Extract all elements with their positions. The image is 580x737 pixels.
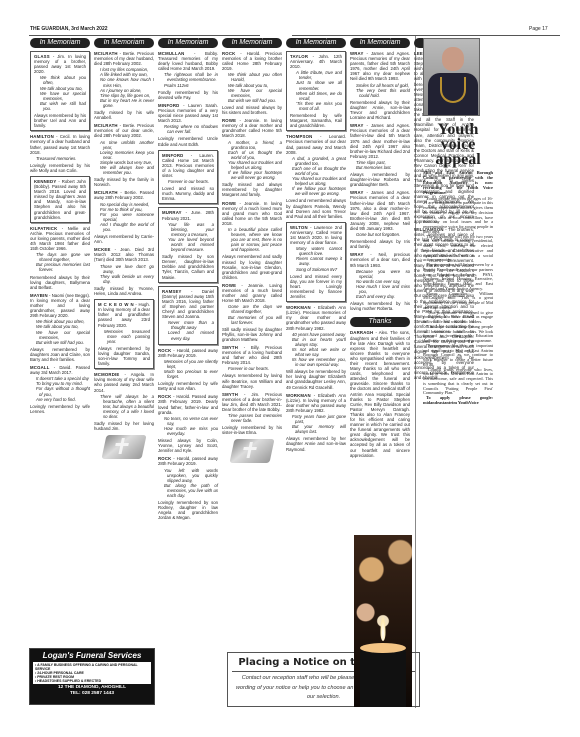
notice-text: James and Agnes. Precious memories of a …: [350, 123, 410, 159]
verse-line: But in my heart He is never gone.: [100, 98, 154, 108]
notice-verse: We think about you often,We talk about y…: [30, 319, 90, 344]
notice: KILPATRICK - Nellie and Archie. Precious…: [30, 226, 90, 290]
notice: GLASS - Jim. In loving memory of a broth…: [30, 51, 90, 131]
notice-verse: A dad, a granded, a great granded too,Ea…: [286, 156, 346, 197]
notice-verse: Smiles for all hearts of gold,The very b…: [350, 83, 410, 98]
section-banner: In Memoriam: [30, 38, 90, 48]
notice-verse: As time unfolds another year,Loving memo…: [94, 140, 154, 176]
youth-voice-apply: To apply please google: midandeastantrim…: [423, 396, 493, 406]
notice-verse: We think about you often,We talk about y…: [34, 75, 86, 111]
verse-line: They walk beside us every day.: [100, 274, 154, 284]
verse-line: Song of Solomon 8v7: [296, 267, 342, 272]
notice: KENNEDY - Robert John (Bobby). Passed aw…: [30, 176, 90, 223]
mayoral-chain: [440, 77, 466, 103]
verse-line: In a beautiful place called heaven, wher…: [228, 227, 282, 252]
logans-ad-bullet: • HEADSTONES SUPPLIED & ERECTED: [35, 679, 149, 683]
notice: WRAY - James and Agnes. Precious memorie…: [350, 190, 410, 249]
verse-line: A mother, a friend, a grandma too,: [228, 140, 282, 150]
verse-line: No special day is needed,: [100, 202, 154, 207]
notice-text: Alex. The sons, daughters and their fami…: [350, 330, 410, 457]
notice-signature: Lovingly remembered by wife Betty and so…: [158, 381, 218, 391]
notice-verse: We think about you often Harold,We talk …: [222, 72, 282, 103]
notice-text: Daniel (Danny) passed away 15th March 20…: [162, 289, 214, 319]
verse-line: But along the path of memories, you live…: [164, 483, 218, 498]
verse-line: When old times, we do recall,: [296, 91, 342, 101]
section-banner: In Memoriam: [286, 38, 346, 48]
verse-line: The righteous shall be in everlasting re…: [164, 72, 218, 82]
notice-verse: Memories of you are silently kept,Much t…: [158, 359, 218, 379]
youth-voice-lead: Mid and East Antrim Borough Council in p…: [423, 171, 493, 196]
verse-line: But wish we still had you.: [228, 98, 282, 103]
verse-line: Are very hard to find.: [36, 397, 90, 402]
youth-voice-paragraph: Young people between the ages of 16-21 a…: [423, 197, 493, 235]
notice: WRAY - James and Agnes. Precious memorie…: [350, 123, 410, 187]
notice-verse: In a beautiful place called heaven, wher…: [222, 227, 282, 252]
notice-verse: The days are gone we shared together,But…: [30, 252, 90, 272]
verse-line: We think about you often Harold,: [228, 72, 282, 82]
youth-voice-paragraph: The programme will run for two years and…: [423, 235, 493, 264]
verse-line: 'Tis then we miss you most of all.: [296, 101, 342, 111]
logans-ad-title: Logan's Funeral Services: [30, 649, 154, 662]
notice-verse: Those we love don't go away,They walk be…: [94, 264, 154, 284]
notice-signature: Loved and missed every day, you are fore…: [290, 274, 342, 299]
notice-signature: Always remembered by daughters Joan and …: [30, 347, 90, 362]
notice-signature: Lovingly remembered by wife Lennes.: [30, 404, 90, 414]
notice-signature: Will always be remembered by her loving …: [286, 369, 346, 389]
notice: ROWE - Jeannie. Loving memories of a muc…: [222, 283, 282, 342]
notice-verse: Forever in our hearts.: [162, 179, 214, 184]
notice: HAMILTON - Cecil. In loving memory of a …: [30, 134, 90, 173]
verse-line: We have our special memories,: [36, 330, 90, 340]
section-banner: In Memoriam: [350, 38, 410, 48]
verse-line: But wish we still had you.: [36, 340, 90, 345]
youth-voice-headline: Youth voice appeal: [423, 122, 493, 167]
verse-line: Each of us thought the world of you,: [228, 150, 282, 160]
verse-line: Your life was a blessing, your memory a …: [168, 222, 214, 237]
verse-line: 40 years have passed away: [292, 332, 346, 337]
verse-line: How much I love and miss you,: [356, 284, 410, 294]
candle-image: [354, 535, 412, 707]
page-header-publication: THE GUARDIAN, 3rd March 2022: [30, 27, 260, 32]
notice-verse: Your life was a blessing, your memory a …: [162, 222, 214, 253]
verse-line: No one knows how much I miss Him,: [100, 77, 154, 87]
notice: MCILRATH - Bertie. Passed away 28th Febr…: [94, 190, 154, 244]
notice: SMYTH - Jim. Precious memories of a dear…: [222, 392, 282, 436]
notice: SMYTH - Billy. Precious memories of a lo…: [222, 345, 282, 389]
notice-verse: No special day is needed,For me to think…: [94, 202, 154, 233]
notice: WORKMAN - Elizabeth Ann (Lizzie). Precio…: [286, 305, 346, 390]
verse-line: A dad, a granded, a great granded too,: [292, 156, 346, 166]
verse-line: Gone are the days we shared together,: [228, 304, 282, 314]
verse-line: A little tribute, true and tender,: [296, 70, 342, 80]
verse-line: But memories last.: [356, 165, 410, 170]
youth-voice-paragraph: "This programme is designed to give youn…: [423, 311, 493, 325]
verse-line: We have our special memories,: [228, 88, 282, 98]
notice-verse: Resting where no shadows can ever fall.: [158, 124, 218, 134]
section-banner: In Memoriam: [222, 38, 282, 48]
header-rule: [29, 35, 260, 36]
column-1: In MemoriamGLASS - Jim. In loving memory…: [30, 38, 90, 417]
notice: ROWE - Jeannie. In loving memory of a mu…: [222, 201, 282, 280]
verse-line: For you were someone special,: [100, 212, 154, 222]
youth-voice-paragraph: Mayor Councillor William McCaughey said:…: [423, 292, 493, 311]
verse-line: You shared our troubles and helped us al…: [228, 160, 282, 170]
logans-ad-bullets: • A FAMILY BUSINESS OFFERING A CARING AN…: [33, 662, 151, 684]
verse-line: Its not what we write or what we say.: [292, 347, 346, 357]
verse-line: Treasured memories.: [36, 156, 90, 161]
notice-verse: Gone but not forgotten.: [350, 232, 410, 237]
notice-signature: Still sadly missed by daughter Phyllis, …: [222, 327, 282, 342]
notice-verse: You left with words unspoken, you quickl…: [158, 468, 218, 499]
notice: MCKEE - Jean. Died 3rd March 2012 also T…: [94, 247, 154, 296]
verse-line: Because you were so special,: [356, 269, 410, 279]
notice-verse: Gone are the days we shared together,But…: [222, 304, 282, 324]
verse-line: We think about you often,: [40, 75, 86, 85]
notice: MURRAY - June. 28th February 2021.Your l…: [158, 207, 218, 282]
column-4: In MemoriamROCK - Harold. Precious memor…: [222, 38, 282, 467]
notice-text: James and Agnes. Precious memories of my…: [350, 51, 410, 81]
notice: MCILRATH - Bertie. Precious memories of …: [94, 51, 154, 120]
notice-signature: Sadly missed by his wife Annabell.: [94, 110, 154, 120]
verse-line: Gone but not forgotten.: [356, 232, 410, 237]
verse-line: But memories of you will last forever.: [228, 315, 282, 325]
notice: WRAY - Neil, precious memories of a dear…: [350, 252, 410, 311]
verse-line: If we follow your footsteps we will neve…: [292, 186, 346, 196]
verse-line: Never more than a thought away: [168, 320, 214, 330]
notice-verse: It doesn't take a special dayTo bring yo…: [30, 376, 90, 401]
verse-line: Forty years have just gone past,: [292, 414, 346, 424]
candle-holder: [360, 645, 406, 707]
bible-icon: [101, 435, 146, 459]
verse-line: Forever in our hearts.: [228, 366, 282, 371]
column-5: In MemoriamTAYLOR - John. 12th Anniversa…: [286, 38, 346, 455]
verse-line: Rivers cannot sweep it away.: [296, 256, 342, 266]
verse-line: Just to show we all remember.: [296, 80, 342, 90]
youth-voice-paragraph: The programme will be overseen by a Proj…: [423, 263, 493, 292]
notice-signature: Loved and missed always by his sisters a…: [222, 105, 282, 115]
notice-text: James and Agnes. Precious memories of a …: [350, 190, 410, 231]
verse-line: Each one of us thought the world of you.: [292, 166, 346, 176]
mayor-photo: [423, 38, 480, 116]
header-rule-right: [292, 35, 560, 36]
notice-signature: Always remembered by loving wife Beatric…: [222, 373, 282, 388]
notice-verse: Never more than a thought awayLoved and …: [162, 320, 214, 340]
youth-voice-paragraph: "Council wants everyone who lives, works…: [423, 368, 493, 397]
notice: MCILRATH - Bertie. Precious memories of …: [94, 123, 154, 187]
verse-line: But in our hearts you'll always stay.: [292, 337, 346, 347]
notice-signature: Sadly missed and always remembered by da…: [222, 182, 282, 197]
verse-line: We have our special memories,: [40, 91, 86, 101]
notice-signature: Loved and remembered always by daughters…: [286, 198, 346, 218]
notice-verse: 40 years have passed awayBut in our hear…: [286, 332, 346, 368]
notice: ROCK - Harold, passed away 28th February…: [158, 456, 218, 520]
notice: MINFORD - Lauren Sarah. Precious memorie…: [158, 103, 218, 147]
notice-verse: Many waters cannot quench love.Rivers ca…: [290, 246, 342, 271]
verse-line: Psalm 112v6: [164, 83, 218, 88]
candle-rim: [360, 643, 406, 653]
verse-line: Those we love don't go away,: [100, 264, 154, 274]
verse-line: But precious memories last forever.: [36, 262, 90, 272]
verse-line: But your memory will always last.: [292, 424, 346, 434]
notice: WILTON - Lawrence 2nd Anniversary. Calle…: [286, 222, 346, 302]
notice-signature: Always remembered by his brother Uel and…: [34, 113, 86, 128]
verse-line: You are loved beyond words and missed be…: [168, 237, 214, 252]
verse-line: We talk about you too,: [40, 86, 86, 91]
photo-head: [442, 47, 464, 71]
notice-verse: Memories treasured more each passing yea…: [98, 329, 150, 344]
notice-signature: Sadly missed by son Denver, daughter-in-…: [162, 254, 214, 279]
notice-signature: Always remembered by her daughter Annie …: [286, 436, 346, 451]
verse-line: You left with words unspoken, you quickl…: [164, 468, 218, 483]
notice-signature: Loved and missed so much. Mummy, daddy a…: [162, 186, 214, 201]
verse-line: We will always love and remember you.: [100, 165, 154, 175]
notice: WRAY - James and Agnes. Precious memorie…: [350, 51, 410, 120]
youth-voice-paragraph: "Programmes like this are important and …: [423, 344, 493, 368]
notice-signature: Missed always by Colin, Yvonne, Lynsey a…: [158, 438, 218, 453]
verse-line: You shared our troubles and helped us al…: [292, 176, 346, 186]
notice: ROCK - Harold. Precious memories of a lo…: [222, 51, 282, 115]
notice-verse: Time passes but memories never fade.: [222, 413, 282, 423]
notice-signature: Fondly remembered by his devoted wife Fa…: [158, 90, 218, 100]
verse-line: Memories of you are silently kept,: [164, 359, 218, 369]
notice-verse: Treasured memories.: [30, 156, 90, 161]
verse-line: Loving memories keep you near.: [100, 150, 154, 160]
bible-icon: [229, 439, 274, 463]
verse-line: Its how we remember you, in our own spec…: [292, 357, 346, 367]
notice: RAMSEY - Daniel (Danny) passed away 15th…: [158, 286, 218, 345]
verse-line: Forever in our hearts.: [168, 179, 214, 184]
notice-verse: Because you were so special,No words can…: [350, 269, 410, 300]
notice-signature: Always remembered by loving daughter San…: [98, 346, 150, 366]
candle-flame-icon: [380, 615, 386, 641]
column-6: In MemoriamWRAY - James and Agnes. Preci…: [350, 38, 410, 461]
notice-text: Robert John (Bobby). Passed away 5th Mar…: [34, 179, 86, 220]
notice: M C K E O W N - Hugh. In loving memory o…: [94, 299, 154, 369]
verse-line: As time unfolds another year,: [100, 140, 154, 150]
section-banner: In Memoriam: [158, 38, 218, 48]
notice-signature: Sadly missed by Yvonne, Helen, Linda and…: [94, 286, 154, 296]
notice: MCGALL - David. Passed away 3rd March 20…: [30, 365, 90, 414]
verse-line: The very best this world could hold.: [356, 88, 410, 98]
verse-line: Loved and missed every day.: [168, 330, 214, 340]
verse-line: Smiles for all hearts of gold,: [356, 83, 410, 88]
section-banner: In Memoriam: [94, 38, 154, 48]
logans-ad-telephone: TEL: 028 2587 1443: [30, 691, 154, 697]
notice-signature: Always remembered by Carrie-Ann.: [94, 234, 154, 244]
verse-line: Much too precious to ever forget.: [164, 369, 218, 379]
notice-signature: Lovingly remembered by son Rodney, daugh…: [158, 500, 218, 520]
notice-signature: Always remembered by daughter-in-law Rob…: [350, 172, 410, 187]
notice-signature: Sadly missed by her loving husband Jim.: [94, 421, 154, 431]
notice: MAYBIN - Naomi (nee Beggs). In loving me…: [30, 293, 90, 362]
logans-funeral-services-ad: Logan's Funeral Services • A FAMILY BUSI…: [29, 648, 155, 705]
column-3: In MemoriamMCMULLAN - Bobby. Treasured m…: [158, 38, 218, 524]
notice-verse: Forever in our hearts.: [222, 366, 282, 371]
verse-line: Resting where no shadows can ever fall.: [164, 124, 218, 134]
verse-line: But wish we still had you.: [40, 101, 86, 111]
notice: WORKMAN - Elizabeth Ann (Lizzie). In lov…: [286, 393, 346, 452]
verse-line: There will always be a heartache, often …: [100, 394, 154, 419]
notice-verse: A mother, a friend, a grandma too,Each o…: [222, 140, 282, 181]
notice-signature: Sadly missed by the family in Norwich.: [94, 177, 154, 187]
notice-verse: No tears, no verse can ever say,How much…: [158, 416, 218, 436]
verse-line: Memories treasured more each passing yea…: [104, 329, 150, 344]
notice-signature: Lovingly remembered Uncle Eddie and Aunt…: [158, 136, 218, 146]
column-2: In MemoriamMCILRATH - Bertie. Precious m…: [94, 38, 154, 463]
youth-voice-paragraph: "Our hope is that these young people wil…: [423, 325, 493, 344]
notice-verse: I lost my lifes companion,A life linked …: [94, 67, 154, 108]
verse-line: Each and every day.: [356, 294, 410, 299]
notice-signature: Remembered always by their loving daught…: [30, 275, 90, 290]
youth-voice-article: Youth voice appeal Mid and East Antrim B…: [423, 122, 493, 406]
notice-verse: The righteous shall be in everlasting re…: [158, 72, 218, 87]
notice: MCMULLAN - Bobby. Treasured memories of …: [158, 51, 218, 100]
section-banner-thanks: Thanks: [350, 317, 410, 327]
verse-line: No tears, no verse can ever say,: [164, 416, 218, 426]
notice: ROCK - Harold. Passed away 28th February…: [158, 394, 218, 453]
page-number: Page 17: [529, 27, 548, 32]
notice-signature: Lovingly remembered by his wife Molly an…: [30, 163, 90, 173]
notice: ROWE - Jeannie. In loving memory of a de…: [222, 118, 282, 197]
notice-signature: Lovingly remembered by his sister-in-law…: [222, 425, 282, 435]
notice-signature: Always remembered and sadly missed by lo…: [222, 254, 282, 279]
notice-signature: Remembered always by Iris and family.: [350, 239, 410, 249]
notice-verse: There will always be a heartache, often …: [94, 394, 154, 419]
notice: TAYLOR - John. 12th Anniversary. 4th Mar…: [286, 51, 346, 131]
verse-line: For days without a thought of you,: [36, 386, 90, 396]
notice-signature: Remembered always by their daughter Anni…: [350, 100, 410, 120]
verse-line: Time passes but memories never fade.: [228, 413, 282, 423]
notice-signature: Remembered by wife Margaret, Samantha, K…: [290, 113, 342, 128]
verse-line: How much we miss you everyday.: [164, 426, 218, 436]
verse-line: If we follow your footsteps we will neve…: [228, 170, 282, 180]
notice-verse: Time slips past,But memories last.: [350, 160, 410, 170]
logans-ad-bullet: • A FAMILY BUSINESS OFFERING A CARING AN…: [35, 663, 149, 671]
notice: THOMPSON - Leonard. Precious memories of…: [286, 134, 346, 219]
notice: DARRAGH - Alex. The sons, daughters and …: [350, 330, 410, 457]
notice: MCMORDIE - Angela. In loving memory of m…: [94, 372, 154, 431]
notice-verse: A little tribute, true and tender,Just t…: [290, 70, 342, 111]
notice: ROCK - Harold, passed away 28th February…: [158, 348, 218, 392]
notice-signature: Always remembered by his loving mother R…: [350, 301, 410, 311]
notice-verse: Forty years have just gone past,But your…: [286, 414, 346, 434]
verse-line: And I thought the world of you.: [100, 222, 154, 232]
verse-line: The days are gone we shared together,: [36, 252, 90, 262]
verse-line: Many waters cannot quench love.: [296, 246, 342, 256]
notice: MINFORD - Lauren. Called Home 1st March …: [158, 150, 218, 205]
